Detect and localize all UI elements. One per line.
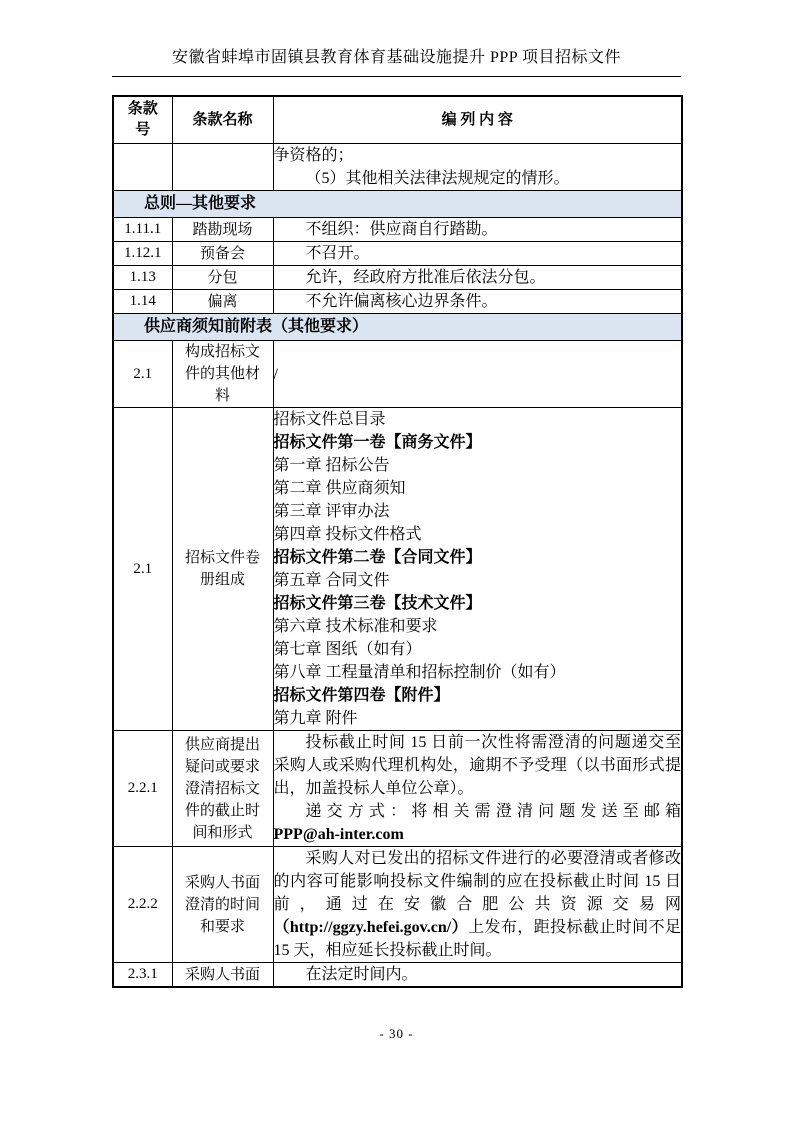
text-run: 第九章 附件 (274, 710, 358, 727)
text-run: PPP@ah-inter.com (274, 826, 404, 843)
page-title: 安徽省蚌埠市固镇县教育体育基础设施提升 PPP 项目招标文件 (112, 46, 681, 70)
text-run: 在法定时间内。 (306, 966, 418, 983)
table-row: 2.2.1供应商提出疑问或要求澄清招标文件的截止时间和形式投标截止时间 15 日… (113, 731, 682, 847)
text-run: 采购人对已发出的招标文件进行的必要澄清或者修改的内容可能影响投标文件编制的应在投… (274, 850, 682, 913)
text-run: 第一章 招标公告 (274, 457, 390, 474)
column-header: 编 列 内 容 (273, 96, 682, 144)
content-paragraph: 招标文件第一卷【商务文件】 (274, 431, 682, 454)
content-paragraph: 第一章 招标公告 (274, 454, 682, 477)
text-run: 第七章 图纸（如有） (274, 641, 422, 658)
content-paragraph: 不组织：供应商自行踏勘。 (274, 218, 682, 241)
clause-no-cell: 2.1 (113, 341, 172, 408)
content-paragraph: 第八章 工程量清单和招标控制价（如有） (274, 661, 682, 684)
clause-name-cell: 踏勘现场 (172, 218, 273, 242)
text-run: 不允许偏离核心边界条件。 (306, 293, 498, 310)
content-paragraph: 第七章 图纸（如有） (274, 638, 682, 661)
content-paragraph: 第三章 评审办法 (274, 500, 682, 523)
content-paragraph: 采购人对已发出的招标文件进行的必要澄清或者修改的内容可能影响投标文件编制的应在投… (274, 847, 682, 962)
text-run: 第八章 工程量清单和招标控制价（如有） (274, 664, 566, 681)
clause-no-cell: 1.11.1 (113, 218, 172, 242)
section-header-label: 总则—其他要求 (113, 191, 682, 218)
text-run: 第二章 供应商须知 (274, 480, 406, 497)
clause-content-cell: 招标文件总目录招标文件第一卷【商务文件】第一章 招标公告第二章 供应商须知第三章… (273, 408, 682, 731)
column-header: 条款号 (113, 96, 172, 144)
clause-name-cell: 招标文件卷册组成 (172, 408, 273, 731)
section-header-row: 供应商须知前附表（其他要求） (113, 314, 682, 341)
content-paragraph: 招标文件总目录 (274, 408, 682, 431)
content-paragraph: 允许，经政府方批准后依法分包。 (274, 266, 682, 289)
text-run: 招标文件第三卷【技术文件】 (274, 595, 482, 612)
text-run: 招标文件总目录 (274, 411, 386, 428)
table-row: 2.1招标文件卷册组成招标文件总目录招标文件第一卷【商务文件】第一章 招标公告第… (113, 408, 682, 731)
table-row: 1.11.1踏勘现场不组织：供应商自行踏勘。 (113, 218, 682, 242)
clause-name-cell: 偏离 (172, 290, 273, 314)
section-header-row: 总则—其他要求 (113, 191, 682, 218)
content-paragraph: （5）其他相关法律法规规定的情形。 (274, 167, 682, 190)
content-paragraph: 不允许偏离核心边界条件。 (274, 290, 682, 313)
clause-no-cell: 2.1 (113, 408, 172, 731)
content-paragraph: 第六章 技术标准和要求 (274, 615, 682, 638)
clause-content-cell: 在法定时间内。 (273, 963, 682, 988)
clause-content-cell: 采购人对已发出的招标文件进行的必要澄清或者修改的内容可能影响投标文件编制的应在投… (273, 847, 682, 963)
table-header: 条款号条款名称编 列 内 容 (113, 96, 682, 144)
text-run: （http://ggzy.hefei.gov.cn/） (274, 919, 469, 936)
text-run: 招标文件第一卷【商务文件】 (274, 434, 482, 451)
text-run: / (274, 366, 278, 383)
clause-name-cell: 采购人书面 (172, 963, 273, 988)
table-row: 1.14偏离不允许偏离核心边界条件。 (113, 290, 682, 314)
section-header-label: 供应商须知前附表（其他要求） (113, 314, 682, 341)
content-paragraph: 递交方式：将相关需澄清问题发送至邮箱 PPP@ah-inter.com (274, 800, 682, 846)
table-row: 2.1构成招标文件的其他材料/ (113, 341, 682, 408)
clause-content-cell: 不召开。 (273, 242, 682, 266)
clause-content-cell: 允许，经政府方批准后依法分包。 (273, 266, 682, 290)
clause-name-cell: 预备会 (172, 242, 273, 266)
table-row: 2.3.1采购人书面在法定时间内。 (113, 963, 682, 988)
clause-no-cell: 1.13 (113, 266, 172, 290)
content-paragraph: 投标截止时间 15 日前一次性将需澄清的问题递交至采购人或采购代理机构处，逾期不… (274, 731, 682, 800)
content-paragraph: 第二章 供应商须知 (274, 477, 682, 500)
content-paragraph: 第四章 投标文件格式 (274, 523, 682, 546)
content-paragraph: 招标文件第四卷【附件】 (274, 684, 682, 707)
clause-content-cell: 不组织：供应商自行踏勘。 (273, 218, 682, 242)
clause-name-cell: 采购人书面澄清的时间和要求 (172, 847, 273, 963)
text-run: （5）其他相关法律法规规定的情形。 (306, 170, 570, 187)
table-row: 1.13分包允许，经政府方批准后依法分包。 (113, 266, 682, 290)
clause-no-cell (113, 144, 172, 191)
column-header: 条款名称 (172, 96, 273, 144)
text-run: 招标文件第四卷【附件】 (274, 687, 450, 704)
text-run: 第四章 投标文件格式 (274, 526, 422, 543)
document-page: 安徽省蚌埠市固镇县教育体育基础设施提升 PPP 项目招标文件 条款号条款名称编 … (0, 0, 793, 1122)
clauses-table: 条款号条款名称编 列 内 容 争资格的；（5）其他相关法律法规规定的情形。总则—… (112, 95, 683, 988)
clause-content-cell: 不允许偏离核心边界条件。 (273, 290, 682, 314)
content-paragraph: 争资格的； (274, 144, 682, 167)
text-run: 投标截止时间 15 日前一次性将需澄清的问题递交至采购人或采购代理机构处，逾期不… (274, 734, 682, 797)
clause-name-cell (172, 144, 273, 191)
clause-content-cell: 争资格的；（5）其他相关法律法规规定的情形。 (273, 144, 682, 191)
table-body: 争资格的；（5）其他相关法律法规规定的情形。总则—其他要求1.11.1踏勘现场不… (113, 144, 682, 988)
text-run: 第五章 合同文件 (274, 572, 390, 589)
clause-no-cell: 1.12.1 (113, 242, 172, 266)
text-run: 招标文件第二卷【合同文件】 (274, 549, 482, 566)
text-run: 不召开。 (306, 245, 370, 262)
clause-name-cell: 构成招标文件的其他材料 (172, 341, 273, 408)
text-run: 第三章 评审办法 (274, 503, 390, 520)
page-number: - 30 - (0, 1026, 793, 1042)
text-run: 第六章 技术标准和要求 (274, 618, 438, 635)
header-row: 条款号条款名称编 列 内 容 (113, 96, 682, 144)
content-paragraph: 不召开。 (274, 242, 682, 265)
content-paragraph: 第九章 附件 (274, 707, 682, 730)
table-row: 争资格的；（5）其他相关法律法规规定的情形。 (113, 144, 682, 191)
table-row: 1.12.1预备会不召开。 (113, 242, 682, 266)
clause-content-cell: 投标截止时间 15 日前一次性将需澄清的问题递交至采购人或采购代理机构处，逾期不… (273, 731, 682, 847)
clause-no-cell: 2.2.1 (113, 731, 172, 847)
content-paragraph: 第五章 合同文件 (274, 569, 682, 592)
text-run: 不组织：供应商自行踏勘。 (306, 221, 498, 238)
clause-content-cell: / (273, 341, 682, 408)
text-run: 递交方式：将相关需澄清问题发送至邮箱 (306, 803, 682, 820)
clause-name-cell: 分包 (172, 266, 273, 290)
content-paragraph: / (274, 363, 682, 386)
clause-no-cell: 2.2.2 (113, 847, 172, 963)
clause-no-cell: 1.14 (113, 290, 172, 314)
clause-name-cell: 供应商提出疑问或要求澄清招标文件的截止时间和形式 (172, 731, 273, 847)
table-row: 2.2.2采购人书面澄清的时间和要求采购人对已发出的招标文件进行的必要澄清或者修… (113, 847, 682, 963)
text-run: 争资格的； (274, 147, 354, 164)
content-paragraph: 在法定时间内。 (274, 963, 682, 986)
content-paragraph: 招标文件第三卷【技术文件】 (274, 592, 682, 615)
clause-no-cell: 2.3.1 (113, 963, 172, 988)
text-run: 允许，经政府方批准后依法分包。 (306, 269, 546, 286)
document-header: 安徽省蚌埠市固镇县教育体育基础设施提升 PPP 项目招标文件 (112, 0, 681, 77)
content-paragraph: 招标文件第二卷【合同文件】 (274, 546, 682, 569)
